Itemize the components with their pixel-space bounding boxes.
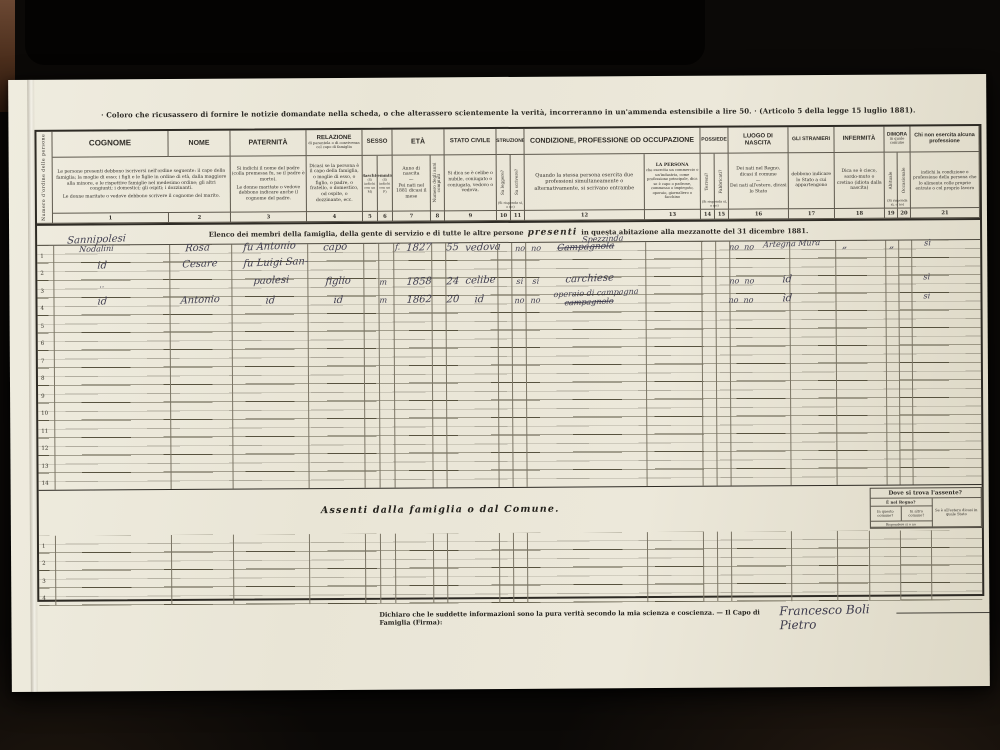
declaration-line: Dichiaro che le suddette informazioni so… xyxy=(379,602,989,634)
anno-nascita-subheader: Anno di nascita — Pei nati nel 1881 dica… xyxy=(393,155,431,211)
row-number: 7 xyxy=(41,359,45,365)
col-number: 14 xyxy=(701,210,715,220)
assenti-heading: Assenti dalla famiglia o dal Comune. xyxy=(39,502,842,518)
row-number: 5 xyxy=(41,324,45,330)
col-number: 13 xyxy=(645,210,701,220)
dove-si-trova-box: Dove si trova l'assente? È nel Regno? Se… xyxy=(869,487,982,529)
col-number: 19 xyxy=(885,209,898,219)
col-numero-header: Numero d'ordine delle persone xyxy=(36,132,53,224)
col-number: 2 xyxy=(169,213,231,223)
col-luogo-title: LUOGO DI NASCITA xyxy=(728,127,788,153)
sesso-subcolumns: Maschio (Si indichi con un M) Femmina (S… xyxy=(363,156,393,212)
col-number: 16 xyxy=(729,209,789,219)
col-stato-title: STATO CIVILE xyxy=(444,129,496,155)
dove-box-title: Dove si trova l'assente? xyxy=(870,488,981,499)
col-number: 1 xyxy=(53,213,169,224)
maschio-subheader: Maschio (Si indichi con un M) xyxy=(363,156,378,211)
altro-comune-header: In altro comune? xyxy=(901,506,932,521)
relazione-description: Dicasi se la persona è il capo della fam… xyxy=(307,156,363,212)
col-stranieri-title: GLI STRANIERI xyxy=(788,127,834,153)
la-persona-subheader: LA PERSONA che esercita un commercio o u… xyxy=(645,154,701,210)
questo-comune-header: In questo comune? xyxy=(870,507,901,522)
col-number: 6 xyxy=(378,212,393,222)
condizione-description: Quando la stessa persona esercita due pr… xyxy=(525,154,645,211)
assenti-row-number: 1 xyxy=(42,544,46,550)
col-number: 20 xyxy=(898,208,911,218)
istruzione-subcolumns: Sa leggere? Sa scrivere? (Si risponda sì… xyxy=(497,155,525,211)
assenti-section-header: Assenti dalla famiglia o dal Comune. Dov… xyxy=(39,485,982,536)
col-condizione-title: CONDIZIONE, PROFESSIONE OD OCCUPAZIONE xyxy=(524,128,700,155)
col-number: 21 xyxy=(911,208,980,218)
signature-underline xyxy=(896,604,989,614)
declaration-text: Dichiaro che le suddette informazioni so… xyxy=(379,608,775,626)
col-number: 17 xyxy=(789,209,835,219)
col-number: 10 xyxy=(497,211,511,221)
col-sesso-title: SESSO xyxy=(362,130,392,156)
chi-description: indichi la condizione o professione dell… xyxy=(911,152,980,208)
row-number: 13 xyxy=(41,464,48,470)
dark-table-mat xyxy=(25,0,705,65)
row-number: 6 xyxy=(41,341,45,347)
col-istruzione-title: ISTRUZIONE xyxy=(496,129,524,155)
col-number: 15 xyxy=(715,210,729,220)
estero-header: Se è all'estero dicasi in quale Stato xyxy=(932,498,981,527)
stranieri-description: debbono indicare lo Stato a cui apparten… xyxy=(789,153,835,209)
col-nome-title: NOME xyxy=(168,131,230,157)
col-infermita-title: INFERMITÀ xyxy=(834,127,884,153)
col-number: 12 xyxy=(525,210,645,221)
row-number: 14 xyxy=(42,481,49,487)
col-dimora-title: DIMORA in quale comune xyxy=(884,126,910,152)
col-chi-title: Chi non esercita alcuna professione xyxy=(910,126,979,152)
infermita-description: Dica se è cieco, sordo-muto o cretino (i… xyxy=(835,153,885,209)
assenti-rows: 1 2 3 4 xyxy=(39,530,982,606)
col-number: 8 xyxy=(431,211,445,221)
paternita-description: Si indichi il nome del padre (colla prem… xyxy=(231,156,307,212)
row-number: 10 xyxy=(41,411,48,417)
row-number: 3 xyxy=(40,289,44,295)
stato-description: Si dica se è celibe o nubile, coniugato … xyxy=(445,155,497,211)
cognome-description: Le persone presenti debbono iscriversi n… xyxy=(53,157,231,214)
col-cognome-title: COGNOME xyxy=(52,131,168,158)
census-sheet: · Coloro che ricusassero di fornire le n… xyxy=(8,74,990,692)
possiede-subcolumns: Terreni? Fabbricati? (Si risponda sì, o … xyxy=(701,154,729,210)
census-form: Numero d'ordine delle persone COGNOME NO… xyxy=(34,124,984,602)
assenti-row-number: 3 xyxy=(42,579,46,585)
photo-of-census-sheet: { "colors":{"paper":"#e9e5d6","ink":"#2e… xyxy=(0,0,1000,750)
table-header: Numero d'ordine delle persone COGNOME NO… xyxy=(36,126,980,226)
dimora-subcolumns: Abituale Occasionale (Si risponda sì, o … xyxy=(885,152,911,208)
row-number: 12 xyxy=(41,446,48,452)
row-number: 9 xyxy=(41,394,45,400)
col-paternita-title: PATERNITÀ xyxy=(230,130,306,156)
col-number: 4 xyxy=(307,212,363,222)
col-relazione-title: RELAZIONE di parentela o di convivenza c… xyxy=(306,130,362,156)
assenti-row-number: 2 xyxy=(42,561,46,567)
col-number: 9 xyxy=(445,211,497,221)
assenti-row-number: 4 xyxy=(42,596,46,602)
row-number: 11 xyxy=(41,429,48,435)
capo-famiglia-signature: Francesco Boli Pietro xyxy=(779,602,896,633)
femmina-subheader: Femmina (Si indichi con un F) xyxy=(378,156,392,211)
legal-warning-line: · Coloro che ricusassero di fornire le n… xyxy=(38,105,978,120)
col-eta-title: ETÀ xyxy=(392,129,444,155)
anni-compiuti-subheader: Numero degli anni compiuti xyxy=(431,155,445,211)
col-number: 5 xyxy=(363,212,378,222)
col-number: 11 xyxy=(511,211,525,221)
row-number: 1 xyxy=(40,254,44,260)
col-possiede-title: POSSIEDE xyxy=(700,128,728,154)
row-number: 8 xyxy=(41,376,45,382)
luogo-description: Dei nati nel Regno, dicasi il comune — D… xyxy=(729,153,789,209)
row-number: 4 xyxy=(41,306,45,312)
col-number: 18 xyxy=(835,209,885,219)
col-number: 3 xyxy=(231,212,307,222)
col-number: 7 xyxy=(393,211,431,221)
rispondere-note: Rispondere sì o no xyxy=(870,521,932,527)
row-number: 2 xyxy=(40,271,44,277)
family-members-rows: 1 2 3 4 5 6 7 8 9 10 11 12 13 14 xyxy=(37,240,981,491)
